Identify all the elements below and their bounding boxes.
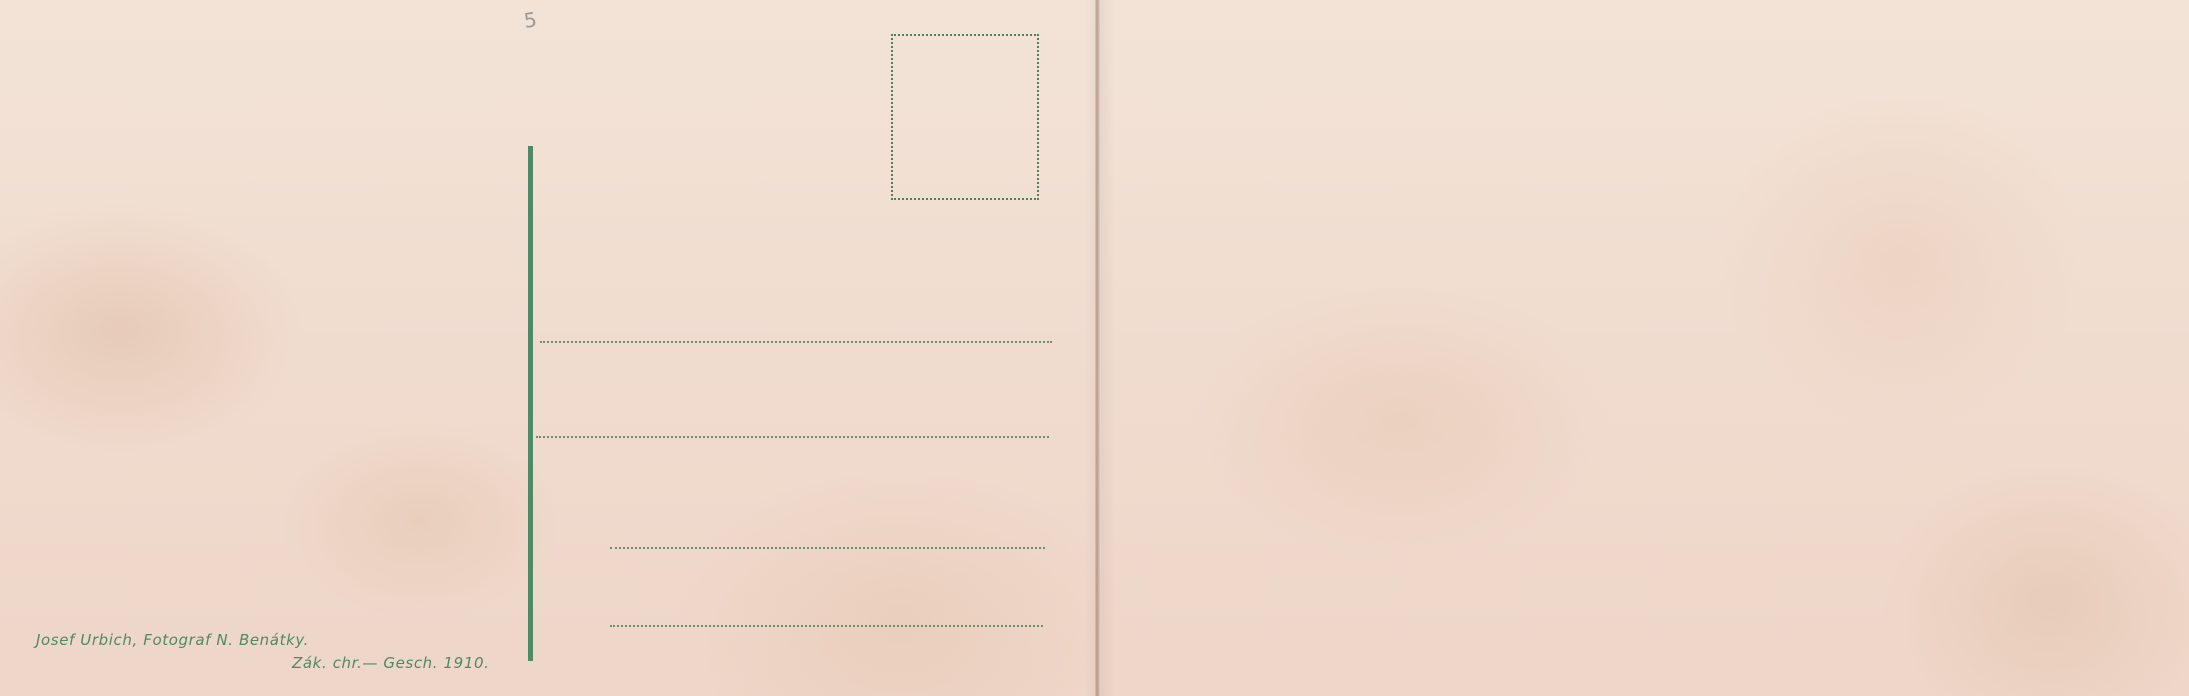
- copyright-notice: Zák. chr.— Gesch. 1910.: [292, 654, 489, 672]
- address-line-4: [610, 625, 1043, 627]
- address-line-1: [540, 341, 1052, 343]
- right-panel-blank: [1101, 0, 2189, 696]
- pencil-number-mark: 5: [522, 7, 538, 33]
- address-line-3: [610, 547, 1045, 549]
- left-panel: 5 Josef Urbich, Fotograf N. Benátky. Zák…: [0, 0, 1095, 696]
- stamp-placement-box: [891, 34, 1039, 200]
- message-address-divider: [528, 146, 533, 661]
- postcard-back: 5 Josef Urbich, Fotograf N. Benátky. Zák…: [0, 0, 2189, 696]
- publisher-imprint: Josef Urbich, Fotograf N. Benátky.: [36, 631, 309, 649]
- address-line-2: [536, 436, 1049, 438]
